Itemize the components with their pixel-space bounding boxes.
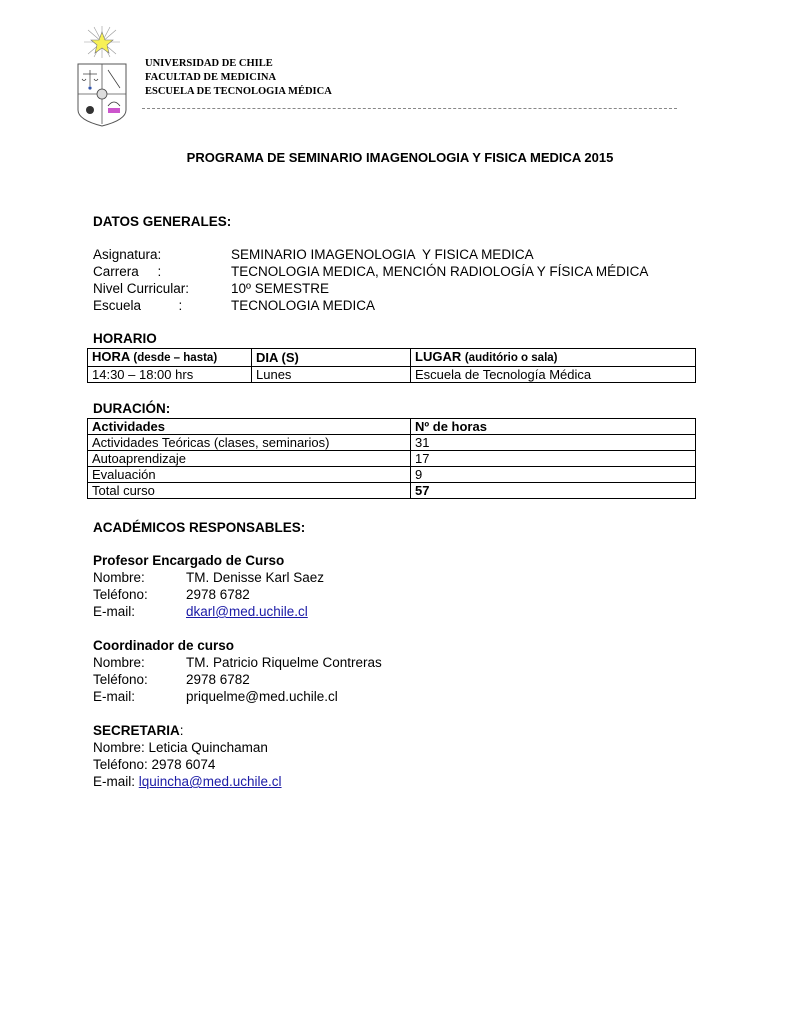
table-cell: 31 <box>411 435 696 451</box>
table-cell: 17 <box>411 451 696 467</box>
table-cell: 9 <box>411 467 696 483</box>
institution-header: UNIVERSIDAD DE CHILE FACULTAD DE MEDICIN… <box>145 57 332 99</box>
coordinador-telefono: 2978 6782 <box>186 671 250 688</box>
datos-row-asignatura: Asignatura: SEMINARIO IMAGENOLOGIA Y FIS… <box>93 246 648 263</box>
secretaria-heading: SECRETARIA <box>93 723 180 738</box>
horario-table: HORA (desde – hasta) DIA (S) LUGAR (audi… <box>87 348 696 383</box>
table-cell: 14:30 – 18:00 hrs <box>88 367 252 383</box>
secretaria-telefono: 2978 6074 <box>152 756 216 773</box>
table-header-row: Actividades Nº de horas <box>88 419 696 435</box>
table-cell: Evaluación <box>88 467 411 483</box>
table-header-cell: Nº de horas <box>411 419 696 435</box>
profesor-telefono: 2978 6782 <box>186 586 250 603</box>
coordinador-nombre-row: Nombre: TM. Patricio Riquelme Contreras <box>93 654 382 671</box>
table-row: Actividades Teóricas (clases, seminarios… <box>88 435 696 451</box>
datos-value: SEMINARIO IMAGENOLOGIA Y FISICA MEDICA <box>231 246 534 263</box>
label: Teléfono: <box>93 756 152 773</box>
label: E-mail: <box>93 603 186 620</box>
coordinador-heading: Coordinador de curso <box>93 637 382 654</box>
page-title: PROGRAMA DE SEMINARIO IMAGENOLOGIA Y FIS… <box>0 150 800 165</box>
table-header-cell: LUGAR (auditório o sala) <box>411 349 696 367</box>
institution-university: UNIVERSIDAD DE CHILE <box>145 57 332 71</box>
secretaria-nombre: Leticia Quinchaman <box>149 739 268 756</box>
label: Nombre: <box>93 654 186 671</box>
table-row: Total curso 57 <box>88 483 696 499</box>
profesor-heading: Profesor Encargado de Curso <box>93 552 382 569</box>
datos-key: Escuela : <box>93 297 231 314</box>
table-cell: Autoaprendizaje <box>88 451 411 467</box>
profesor-email-link[interactable]: dkarl@med.uchile.cl <box>186 603 308 620</box>
table-cell: 57 <box>411 483 696 499</box>
table-row: 14:30 – 18:00 hrs Lunes Escuela de Tecno… <box>88 367 696 383</box>
datos-key: Carrera : <box>93 263 231 280</box>
table-header-cell: HORA (desde – hasta) <box>88 349 252 367</box>
table-cell: Actividades Teóricas (clases, seminarios… <box>88 435 411 451</box>
secretaria-email-row: E-mail: lquincha@med.uchile.cl <box>93 773 382 790</box>
profesor-telefono-row: Teléfono: 2978 6782 <box>93 586 382 603</box>
secretaria-heading-row: SECRETARIA: <box>93 722 382 739</box>
datos-row-nivel: Nivel Curricular: 10º SEMESTRE <box>93 280 648 297</box>
label: E-mail: <box>93 688 186 705</box>
profesor-email-row: E-mail: dkarl@med.uchile.cl <box>93 603 382 620</box>
datos-key: Asignatura: <box>93 246 231 263</box>
datos-key: Nivel Curricular: <box>93 280 231 297</box>
colon: : <box>180 723 184 738</box>
duracion-table: Actividades Nº de horas Actividades Teór… <box>87 418 696 499</box>
table-cell: Total curso <box>88 483 411 499</box>
table-header-cell: DIA (S) <box>252 349 411 367</box>
datos-value: TECNOLOGIA MEDICA <box>231 297 375 314</box>
table-row: Autoaprendizaje 17 <box>88 451 696 467</box>
datos-row-carrera: Carrera : TECNOLOGIA MEDICA, MENCIÓN RAD… <box>93 263 648 280</box>
institution-faculty: FACULTAD DE MEDICINA <box>145 71 332 85</box>
table-cell: Escuela de Tecnología Médica <box>411 367 696 383</box>
secretaria-nombre-row: Nombre: Leticia Quinchaman <box>93 739 382 756</box>
table-header-row: HORA (desde – hasta) DIA (S) LUGAR (audi… <box>88 349 696 367</box>
table-header-cell: Actividades <box>88 419 411 435</box>
institution-school: ESCUELA DE TECNOLOGIA MÉDICA <box>145 85 332 99</box>
academicos-section: ACADÉMICOS RESPONSABLES: Profesor Encarg… <box>93 520 382 790</box>
label: Teléfono: <box>93 586 186 603</box>
table-cell: Lunes <box>252 367 411 383</box>
university-crest-icon <box>74 24 130 128</box>
coordinador-email: priquelme@med.uchile.cl <box>186 688 338 705</box>
datos-value: TECNOLOGIA MEDICA, MENCIÓN RADIOLOGÍA Y … <box>231 263 648 280</box>
datos-row-escuela: Escuela : TECNOLOGIA MEDICA <box>93 297 648 314</box>
profesor-nombre: TM. Denisse Karl Saez <box>186 569 324 586</box>
label: E-mail: <box>93 773 139 790</box>
label: Nombre: <box>93 739 149 756</box>
secretaria-telefono-row: Teléfono: 2978 6074 <box>93 756 382 773</box>
horario-heading: HORARIO <box>93 331 157 346</box>
secretaria-email-link[interactable]: lquincha@med.uchile.cl <box>139 773 282 790</box>
table-row: Evaluación 9 <box>88 467 696 483</box>
datos-value: 10º SEMESTRE <box>231 280 329 297</box>
label: Teléfono: <box>93 671 186 688</box>
header-divider <box>142 108 677 109</box>
label: Nombre: <box>93 569 186 586</box>
profesor-nombre-row: Nombre: TM. Denisse Karl Saez <box>93 569 382 586</box>
coordinador-nombre: TM. Patricio Riquelme Contreras <box>186 654 382 671</box>
datos-generales-heading: DATOS GENERALES: <box>93 214 648 229</box>
coordinador-telefono-row: Teléfono: 2978 6782 <box>93 671 382 688</box>
datos-generales-section: DATOS GENERALES: Asignatura: SEMINARIO I… <box>93 214 648 314</box>
duracion-heading: DURACIÓN: <box>93 401 170 416</box>
academicos-heading: ACADÉMICOS RESPONSABLES: <box>93 520 382 535</box>
coordinador-email-row: E-mail: priquelme@med.uchile.cl <box>93 688 382 705</box>
